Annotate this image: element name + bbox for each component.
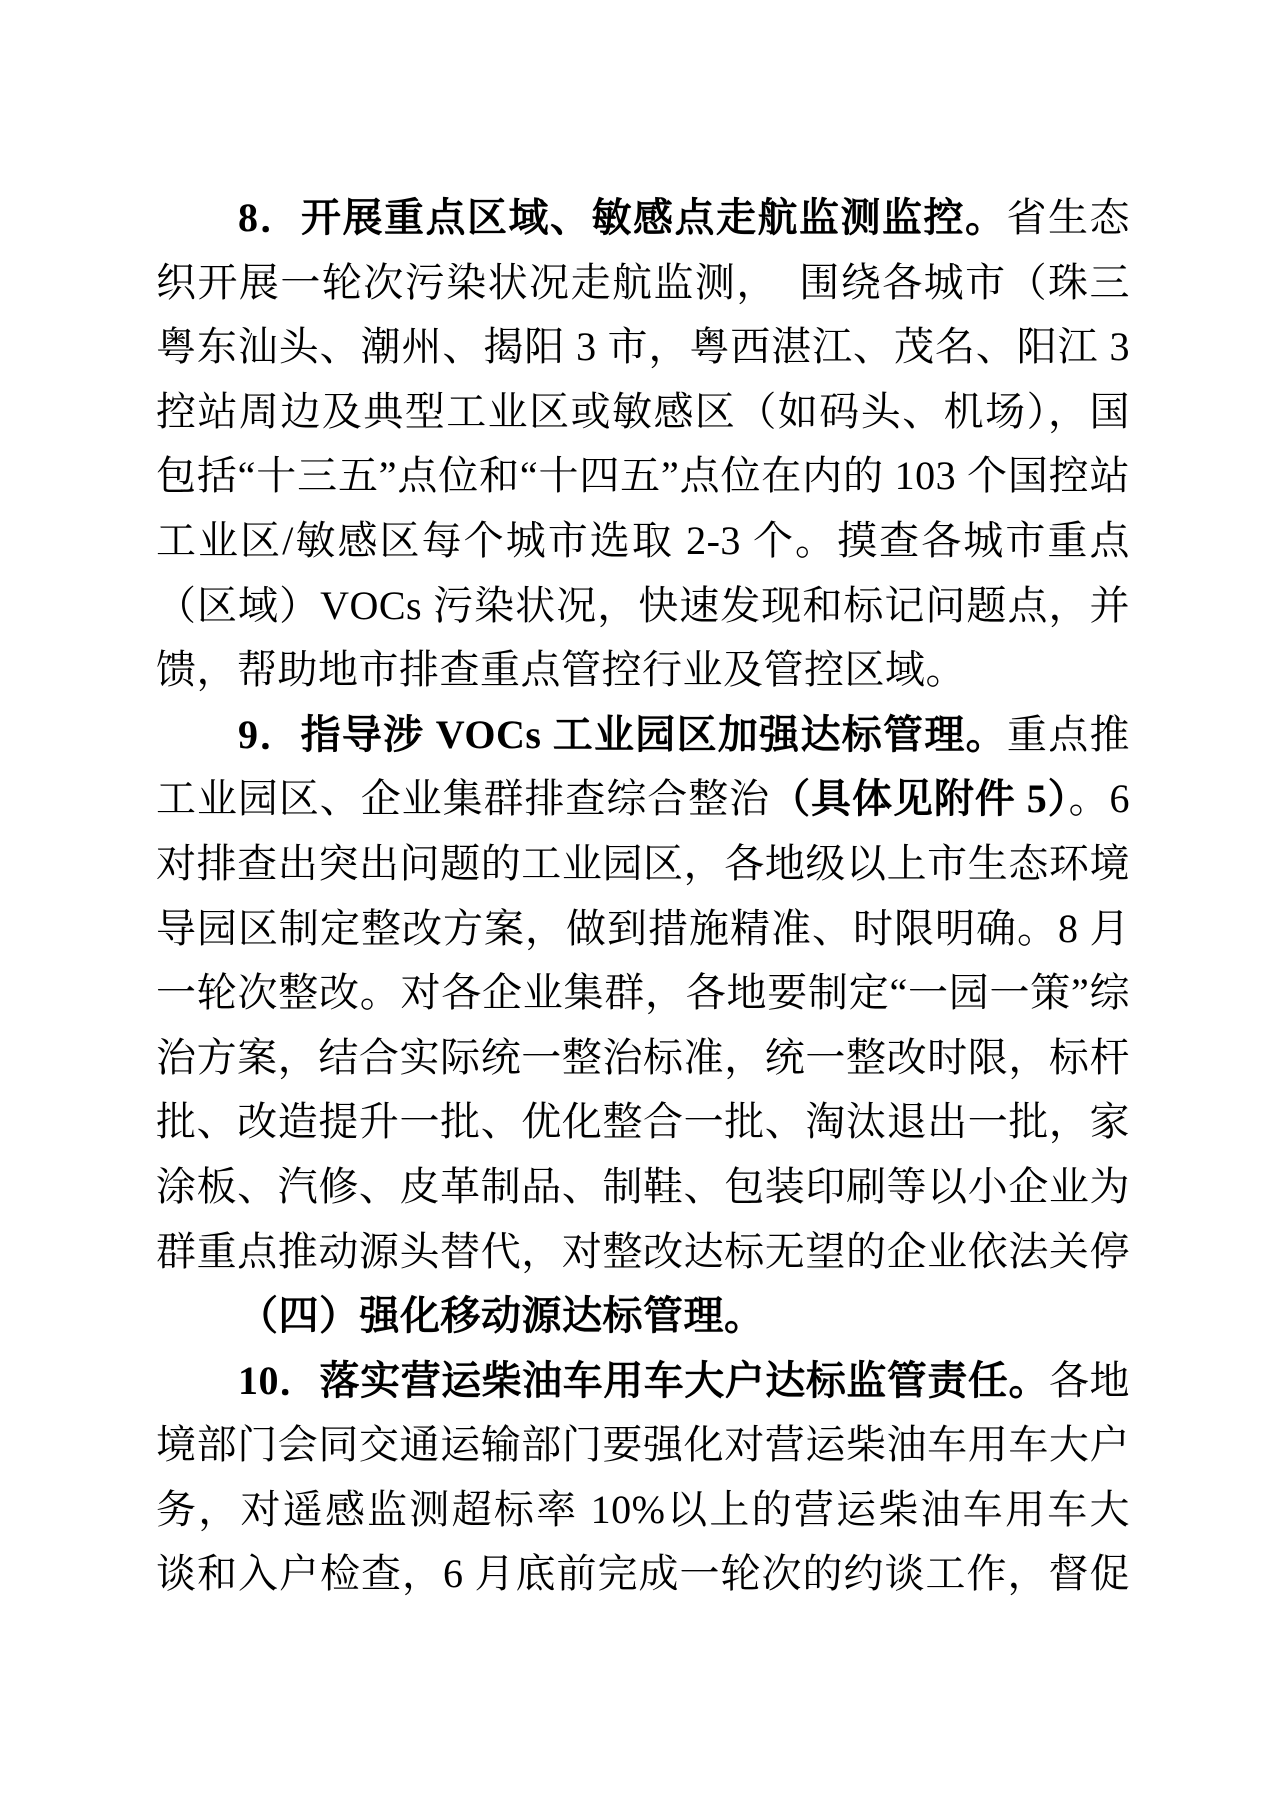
text-segment: 8．开展重点区域、敏感点走航监测监控。 <box>238 195 1007 240</box>
text-line: 10．落实营运柴油车用车大户达标监管责任。各地生态环 <box>156 1349 1130 1414</box>
text-line: 包括“十三五”点位和“十四五”点位在内的 103 个国控站点， <box>156 444 1130 509</box>
text-line: 境部门会同交通运输部门要强化对营运柴油车用车大户达标服 <box>156 1413 1130 1478</box>
text-segment: 10．落实营运柴油车用车大户达标监管责任。 <box>238 1358 1049 1403</box>
text-segment: 一轮次整改。对各企业集群，各地要制定“一园一策”综合整 <box>156 970 1130 1026</box>
text-line: 工业区/敏感区每个城市选取 2-3 个。摸查各城市重点管控站点 <box>156 509 1130 574</box>
text-segment: 群重点推动源头替代，对整改达标无望的企业依法关停取缔。 <box>156 1229 1130 1285</box>
text-line: 一轮次整改。对各企业集群，各地要制定“一园一策”综合整 <box>156 961 1130 1026</box>
text-line: 谈和入户检查，6 月底前完成一轮次的约谈工作，督促指导用车 <box>156 1542 1130 1607</box>
text-segment: 馈，帮助地市排查重点管控行业及管控区域。 <box>156 647 966 692</box>
text-segment: （区域）VOCs 污染状况，快速发现和标记问题点，并向各地反 <box>156 583 1130 639</box>
text-segment: 务，对遥感监测超标率 10%以上的营运柴油车用车大户进行约 <box>156 1487 1130 1543</box>
text-line: 治方案，结合实际统一整治标准，统一整改时限，标杆建设一 <box>156 1026 1130 1091</box>
text-segment: （具体见附件 5） <box>770 776 1068 821</box>
text-segment: 涂板、汽修、皮革制品、制鞋、包装印刷等以小企业为主的集 <box>156 1164 1130 1220</box>
text-line: 群重点推动源头替代，对整改达标无望的企业依法关停取缔。 <box>156 1220 1130 1285</box>
text-segment: 对排查出突出问题的工业园区，各地级以上市生态环境局要指 <box>156 841 1130 897</box>
text-line: 工业园区、企业集群排查综合整治（具体见附件 5）。6 月底前， <box>156 767 1130 832</box>
text-segment: 工业区/敏感区每个城市选取 2-3 个。摸查各城市重点管控站点 <box>156 518 1130 574</box>
text-line: 批、改造提升一批、优化整合一批、淘汰退出一批，家具、彩 <box>156 1090 1130 1155</box>
document-page: 8．开展重点区域、敏感点走航监测监控。省生态环境厅组织开展一轮次污染状况走航监测… <box>0 0 1280 1810</box>
text-segment: 织开展一轮次污染状况走航监测， 围绕各城市（珠三角 9 市， <box>156 260 1130 316</box>
text-line: 织开展一轮次污染状况走航监测， 围绕各城市（珠三角 9 市， <box>156 251 1130 316</box>
text-line: 导园区制定整改方案，做到措施精准、时限明确。8 月底前完成 <box>156 897 1130 962</box>
text-segment: 谈和入户检查，6 月底前完成一轮次的约谈工作，督促指导用车 <box>156 1551 1130 1607</box>
text-line: 粤东汕头、潮州、揭阳 3 市，粤西湛江、茂名、阳江 3 市）国 <box>156 315 1130 380</box>
text-line: 对排查出突出问题的工业园区，各地级以上市生态环境局要指 <box>156 832 1130 897</box>
text-line: 8．开展重点区域、敏感点走航监测监控。省生态环境厅组 <box>156 186 1130 251</box>
document-body: 8．开展重点区域、敏感点走航监测监控。省生态环境厅组织开展一轮次污染状况走航监测… <box>156 186 1130 1607</box>
text-segment: 工业园区、企业集群排查综合整治 <box>156 776 770 821</box>
text-segment: 9．指导涉 VOCs 工业园区加强达标管理。 <box>238 712 1007 757</box>
text-segment: 导园区制定整改方案，做到措施精准、时限明确。8 月底前完成 <box>156 906 1130 962</box>
text-segment: 境部门会同交通运输部门要强化对营运柴油车用车大户达标服 <box>156 1422 1130 1478</box>
text-segment: 粤东汕头、潮州、揭阳 3 市，粤西湛江、茂名、阳江 3 市）国 <box>156 324 1130 380</box>
text-line: 9．指导涉 VOCs 工业园区加强达标管理。重点推进 21 个 <box>156 703 1130 768</box>
text-segment: 包括“十三五”点位和“十四五”点位在内的 103 个国控站点， <box>156 453 1130 509</box>
text-line: 馈，帮助地市排查重点管控行业及管控区域。 <box>156 638 1130 703</box>
text-segment: 控站周边及典型工业区或敏感区（如码头、机场），国控点涵盖 <box>156 389 1130 445</box>
text-segment: 治方案，结合实际统一整治标准，统一整改时限，标杆建设一 <box>156 1035 1130 1091</box>
text-line: （区域）VOCs 污染状况，快速发现和标记问题点，并向各地反 <box>156 574 1130 639</box>
text-segment: 批、改造提升一批、优化整合一批、淘汰退出一批，家具、彩 <box>156 1099 1130 1155</box>
text-line: 务，对遥感监测超标率 10%以上的营运柴油车用车大户进行约 <box>156 1478 1130 1543</box>
text-segment: （四）强化移动源达标管理。 <box>238 1293 765 1338</box>
text-line: 涂板、汽修、皮革制品、制鞋、包装印刷等以小企业为主的集 <box>156 1155 1130 1220</box>
text-line: 控站周边及典型工业区或敏感区（如码头、机场），国控点涵盖 <box>156 380 1130 445</box>
text-line: （四）强化移动源达标管理。 <box>156 1284 1130 1349</box>
